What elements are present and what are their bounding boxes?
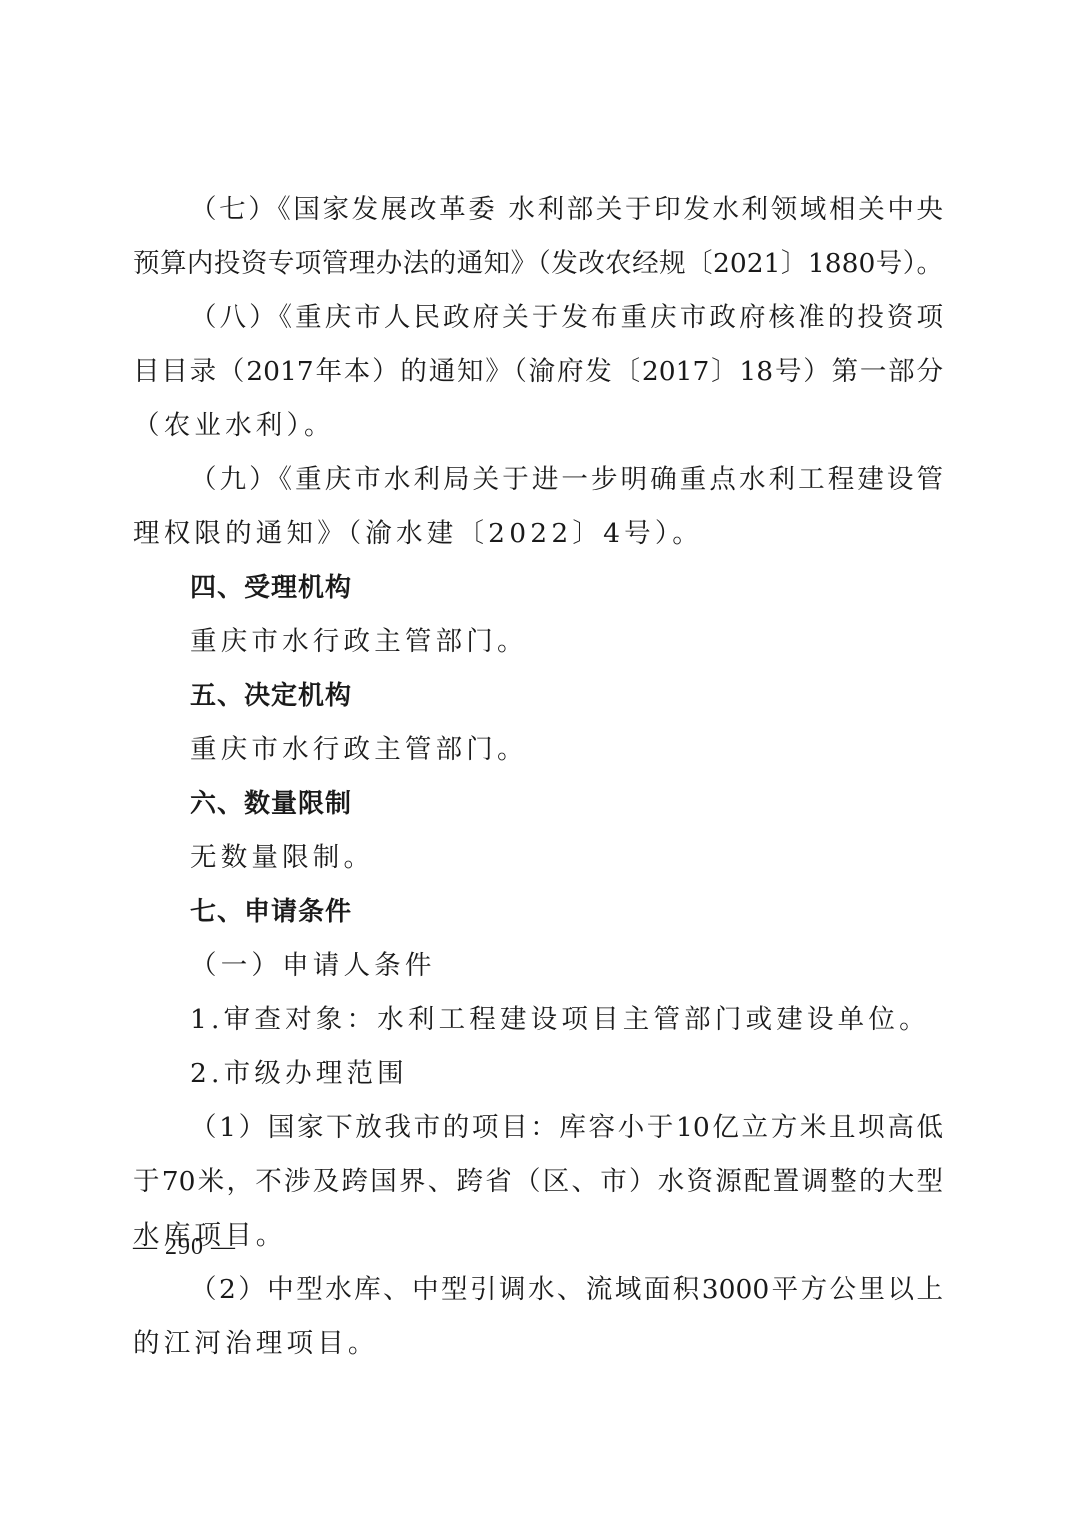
section-body-accepting-authority: 重庆市水行政主管部门。 [190, 622, 528, 662]
section-heading-quantity-limit: 六、数量限制 [190, 784, 352, 824]
subitem-2-line-1: （2）中型水库、中型引调水、流域面积3000平方公里以上 [190, 1270, 943, 1310]
paragraph-item-8-line-3: （农业水利）。 [133, 406, 335, 446]
subheading-applicant-conditions: （一）申请人条件 [190, 946, 436, 986]
subitem-1-line-2: 于70米，不涉及跨国界、跨省（区、市）水资源配置调整的大型 [133, 1162, 943, 1202]
paragraph-item-8-line-1: （八）《重庆市人民政府关于发布重庆市政府核准的投资项 [190, 298, 943, 338]
section-heading-accepting-authority: 四、受理机构 [190, 568, 352, 608]
paragraph-item-9-line-2: 理权限的通知》（渝水建〔2022〕4号）。 [133, 514, 703, 554]
section-heading-application-conditions: 七、申请条件 [190, 892, 352, 932]
section-body-deciding-authority: 重庆市水行政主管部门。 [190, 730, 528, 770]
section-body-quantity-limit: 无数量限制。 [190, 838, 374, 878]
paragraph-item-8-line-2: 目目录（2017年本）的通知》（渝府发〔2017〕18号）第一部分 [133, 352, 943, 392]
paragraph-item-9-line-1: （九）《重庆市水利局关于进一步明确重点水利工程建设管 [190, 460, 943, 500]
subitem-2-line-2: 的江河治理项目。 [133, 1324, 379, 1364]
section-heading-deciding-authority: 五、决定机构 [190, 676, 352, 716]
subitem-1-line-1: （1）国家下放我市的项目：库容小于10亿立方米且坝高低 [190, 1108, 943, 1148]
page-number: — 290 — [133, 1230, 236, 1264]
paragraph-item-7-line-1: （七）《国家发展改革委 水利部关于印发水利领域相关中央 [190, 190, 943, 230]
item-review-target: 1.审查对象：水利工程建设项目主管部门或建设单位。 [190, 1000, 930, 1040]
item-municipal-scope: 2.市级办理范围 [190, 1054, 408, 1094]
paragraph-item-7-line-2: 预算内投资专项管理办法的通知》（发改农经规〔2021〕1880号）。 [133, 244, 943, 284]
